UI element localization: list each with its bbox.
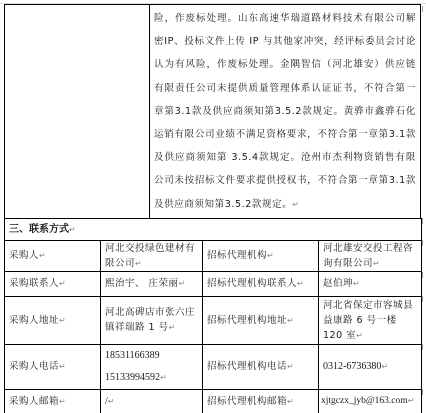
paragraph-mark: ↵ [108, 397, 115, 406]
purchaser-phone-label-cell: 采购人电话↵ [5, 344, 101, 389]
agency-label: 招标代理机构 [207, 250, 267, 261]
paragraph-mark: ↵ [287, 397, 294, 406]
reason-row: 险，作废标处理。山东高速华瑞道路材料技术有限公司解密IP、投标文件上传 IP 与… [5, 5, 421, 219]
agency-address-label-cell: 招标代理机构地址↵ [203, 296, 319, 344]
agency-address-value: 河北省保定市容城县益康路 6 号一楼 120 室 [323, 300, 413, 341]
phone-row: 采购人电话↵ 18531166389 15133994592↵ 招标代理机构电话… [5, 344, 422, 389]
row-end-mark [422, 389, 426, 395]
agency-email-label-cell: 招标代理机构邮箱↵ [203, 389, 319, 413]
paragraph-mark: ↵ [169, 323, 176, 332]
paragraph-mark: ↵ [135, 259, 142, 268]
paragraph-mark: ↵ [292, 200, 299, 209]
purchaser-contact-label-cell: 采购联系人↵ [5, 271, 101, 296]
row-end-mark [422, 6, 426, 12]
paragraph-mark: ↵ [297, 279, 304, 288]
paragraph-mark: ↵ [356, 331, 363, 340]
agency-value: 河北雄安交投工程咨询有限公司 [323, 243, 413, 269]
agency-contact-label: 招标代理机构联系人 [207, 278, 297, 289]
section-heading-cell: 三、联系方式↵ [5, 218, 422, 240]
agency-label-cell: 招标代理机构↵ [203, 240, 319, 271]
row-end-mark [422, 344, 426, 350]
purchaser-email-value-cell: /↵ [101, 389, 203, 413]
row-end-mark [422, 272, 426, 278]
contact-table: 三、联系方式↵ 采购人↵ 河北交投绿色建材有限公司↵ 招标代理机构↵ 河北雄安交… [4, 218, 422, 413]
purchaser-value-cell: 河北交投绿色建材有限公司↵ [101, 240, 203, 271]
address-row: 采购人地址↵ 河北高碑店市张六庄镇祥瑞路 1 号↵ 招标代理机构地址↵ 河北省保… [5, 296, 422, 344]
reason-text-cell: 险，作废标处理。山东高速华瑞道路材料技术有限公司解密IP、投标文件上传 IP 与… [150, 5, 421, 219]
paragraph-mark: ↵ [59, 397, 66, 406]
agency-contact-value: 赵伯珅 [323, 278, 353, 289]
purchaser-address-value: 河北高碑店市张六庄镇祥瑞路 1 号 [105, 307, 195, 333]
contact-person-row: 采购联系人↵ 熙治宇、 庄荣丽↵ 招标代理机构联系人↵ 赵伯珅↵ [5, 271, 422, 296]
section-title: 三、联系方式 [9, 224, 69, 235]
paragraph-mark: ↵ [287, 316, 294, 325]
purchaser-phone-value-cell: 18531166389 15133994592↵ [101, 344, 203, 389]
purchaser-email-label: 采购人邮箱 [9, 396, 59, 407]
purchaser-value: 河北交投绿色建材有限公司 [105, 243, 195, 269]
document-table-region: 险，作废标处理。山东高速华瑞道路材料技术有限公司解密IP、投标文件上传 IP 与… [4, 4, 421, 413]
agency-contact-label-cell: 招标代理机构联系人↵ [203, 271, 319, 296]
email-row: 采购人邮箱↵ /↵ 招标代理机构邮箱↵ xjtgczx_jyb@163.com↵ [5, 389, 422, 413]
agency-email-value: xjtgczx_jyb@163.com [321, 396, 408, 406]
reason-text: 险，作废标处理。山东高速华瑞道路材料技术有限公司解密IP、投标文件上传 IP 与… [154, 13, 416, 210]
purchaser-address-value-cell: 河北高碑店市张六庄镇祥瑞路 1 号↵ [101, 296, 203, 344]
paragraph-mark: ↵ [287, 362, 294, 371]
paragraph-mark: ↵ [69, 225, 76, 234]
paragraph-mark: ↵ [160, 373, 167, 382]
agency-phone-value: 0312-6736380 [323, 361, 381, 372]
purchaser-contact-value: 熙治宇、 庄荣丽 [105, 278, 179, 289]
paragraph-mark: ↵ [59, 316, 66, 325]
paragraph-mark: ↵ [267, 251, 274, 260]
purchaser-contact-value-cell: 熙治宇、 庄荣丽↵ [101, 271, 203, 296]
paragraph-mark: ↵ [179, 279, 186, 288]
purchaser-address-label-cell: 采购人地址↵ [5, 296, 101, 344]
agency-email-label: 招标代理机构邮箱 [207, 396, 287, 407]
agency-value-cell: 河北雄安交投工程咨询有限公司↵ [319, 240, 422, 271]
paragraph-mark: ↵ [39, 251, 46, 260]
reason-label-cell [5, 5, 150, 219]
paragraph-mark: ↵ [59, 279, 66, 288]
purchaser-phone-label: 采购人电话 [9, 361, 59, 372]
purchaser-label: 采购人 [9, 250, 39, 261]
row-end-mark [422, 296, 426, 302]
purchaser-row: 采购人↵ 河北交投绿色建材有限公司↵ 招标代理机构↵ 河北雄安交投工程咨询有限公… [5, 240, 422, 271]
purchaser-email-label-cell: 采购人邮箱↵ [5, 389, 101, 413]
paragraph-mark: ↵ [408, 396, 415, 405]
purchaser-phone-1: 18531166389 [105, 345, 198, 367]
agency-email-value-cell: xjtgczx_jyb@163.com↵ [319, 389, 422, 413]
agency-phone-value-cell: 0312-6736380↵ [319, 344, 422, 389]
reason-table: 险，作废标处理。山东高速华瑞道路材料技术有限公司解密IP、投标文件上传 IP 与… [4, 4, 421, 219]
agency-phone-label-cell: 招标代理机构电话↵ [203, 344, 319, 389]
paragraph-mark: ↵ [59, 362, 66, 371]
agency-contact-value-cell: 赵伯珅↵ [319, 271, 422, 296]
purchaser-phone-2: 15133994592 [105, 372, 160, 383]
paragraph-mark: ↵ [353, 279, 360, 288]
paragraph-mark: ↵ [373, 259, 380, 268]
purchaser-address-label: 采购人地址 [9, 315, 59, 326]
agency-phone-label: 招标代理机构电话 [207, 361, 287, 372]
row-end-mark [422, 218, 426, 224]
agency-address-value-cell: 河北省保定市容城县益康路 6 号一楼 120 室↵ [319, 296, 422, 344]
paragraph-mark: ↵ [381, 362, 388, 371]
purchaser-contact-label: 采购联系人 [9, 278, 59, 289]
purchaser-label-cell: 采购人↵ [5, 240, 101, 271]
agency-address-label: 招标代理机构地址 [207, 315, 287, 326]
row-end-mark [422, 240, 426, 246]
